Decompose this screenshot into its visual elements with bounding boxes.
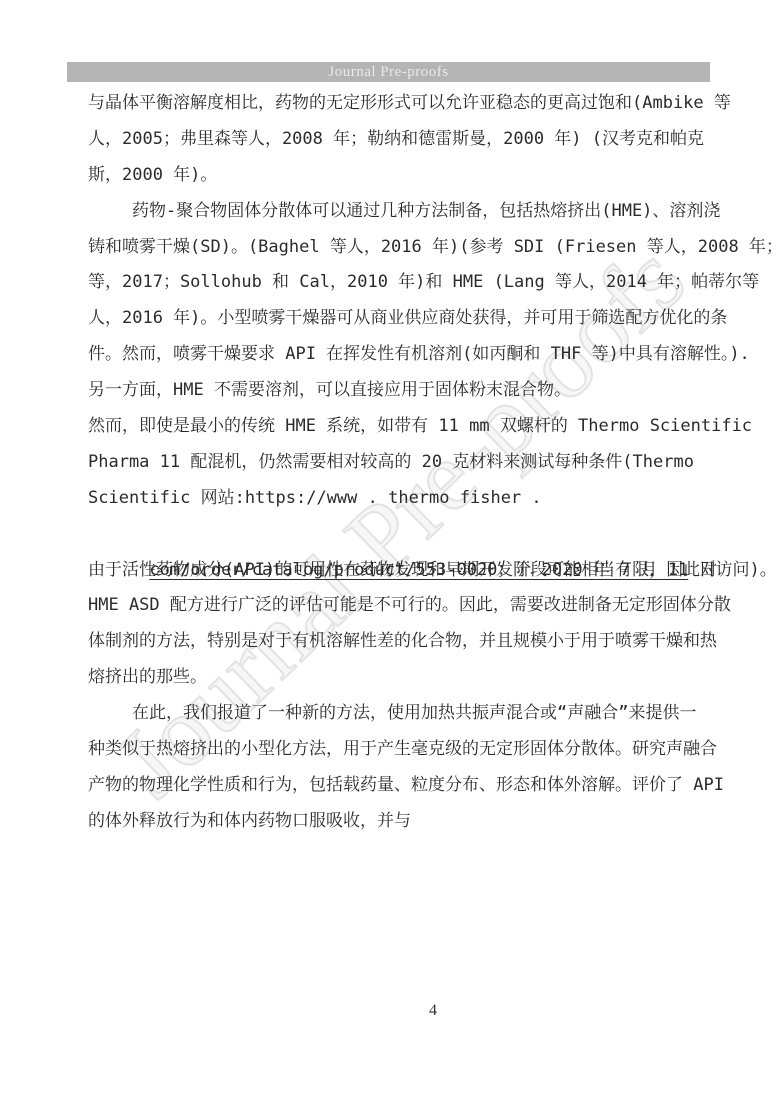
body-text-block: 与晶体平衡溶解度相比，药物的无定形形式可以允许亚稳态的更高过饱和(Ambike … bbox=[88, 86, 704, 840]
text-line: 在此，我们报道了一种新的方法，使用加热共振声混合或“声融合”来提供一 bbox=[88, 696, 704, 732]
text-line: 铸和喷雾干燥(SD)。(Baghel 等人，2016 年)(参考 SDI (Fr… bbox=[88, 230, 704, 266]
text-line: 的体外释放行为和体内药物口服吸收，并与 bbox=[88, 804, 704, 840]
page-number: 4 bbox=[408, 1002, 458, 1020]
text-line: 然而，即使是最小的传统 HME 系统，如带有 11 mm 双螺杆的 Thermo… bbox=[88, 409, 704, 445]
text-line: HME ASD 配方进行广泛的评估可能是不可行的。因此，需要改进制备无定形固体分… bbox=[88, 588, 704, 624]
text-line: 种类似于热熔挤出的小型化方法，用于产生毫克级的无定形固体分散体。研究声融合 bbox=[88, 732, 704, 768]
text-line: 另一方面，HME 不需要溶剂，可以直接应用于固体粉末混合物。 bbox=[88, 373, 704, 409]
journal-preproof-banner: Journal Pre-proofs bbox=[67, 62, 710, 82]
text-line: Pharma 11 配混机，仍然需要相对较高的 20 克材料来测试每种条件(Th… bbox=[88, 445, 704, 481]
text-line: Scientific 网站:https://www . thermo fishe… bbox=[88, 481, 704, 517]
text-line: 件。然而，喷雾干燥要求 API 在挥发性有机溶剂(如丙酮和 THF 等)中具有溶… bbox=[88, 337, 704, 373]
text-line: 体制剂的方法，特别是对于有机溶解性差的化合物，并且规模小于用于喷雾干燥和热 bbox=[88, 624, 704, 660]
text-line: 斯，2000 年)。 bbox=[88, 158, 704, 194]
banner-label: Journal Pre-proofs bbox=[328, 64, 448, 80]
text-line: 由于活性药物成分(API)的可用性在药物发现和早期开发阶段可能相当有限，因此对 bbox=[88, 553, 704, 589]
journal-preproof-page: Journal Pre-proofs Journal Pre-proofs 与晶… bbox=[0, 0, 780, 1103]
text-line: 等，2017；Sollohub 和 Cal，2010 年)和 HME (Lang… bbox=[88, 265, 704, 301]
text-line: 熔挤出的那些。 bbox=[88, 660, 704, 696]
text-line: 药物-聚合物固体分散体可以通过几种方法制备，包括热熔挤出(HME)、溶剂浇 bbox=[88, 194, 704, 230]
text-line-with-link: com/order/catalog/product/553-0020；于 202… bbox=[88, 517, 704, 553]
text-line: 人，2005；弗里森等人，2008 年；勒纳和德雷斯曼，2000 年) (汉考克… bbox=[88, 122, 704, 158]
text-line: 与晶体平衡溶解度相比，药物的无定形形式可以允许亚稳态的更高过饱和(Ambike … bbox=[88, 86, 704, 122]
text-line: 人，2016 年)。小型喷雾干燥器可从商业供应商处获得，并可用于筛选配方优化的条 bbox=[88, 301, 704, 337]
text-line: 产物的物理化学性质和行为，包括载药量、粒度分布、形态和体外溶解。评价了 API bbox=[88, 768, 704, 804]
